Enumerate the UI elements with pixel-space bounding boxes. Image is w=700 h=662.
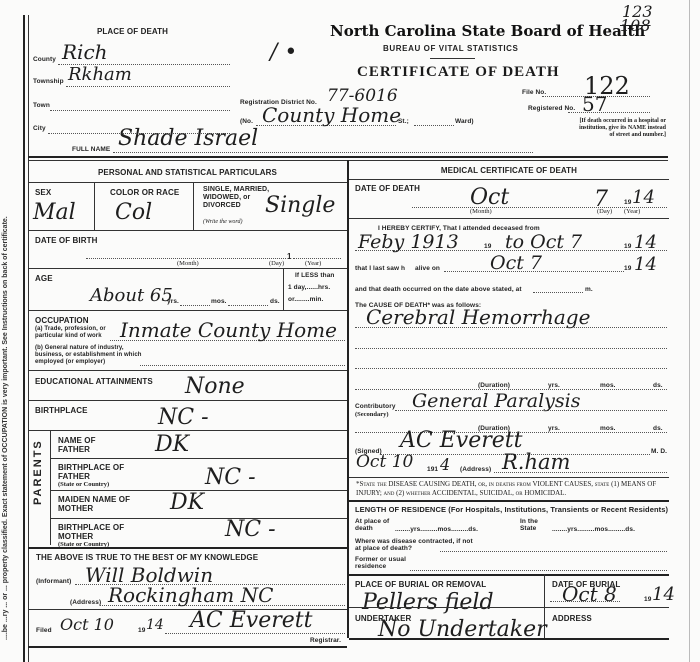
town-field[interactable] <box>50 110 230 111</box>
undertaker-address-label: ADDRESS <box>552 614 592 623</box>
father-birthplace-field[interactable]: NC - <box>205 465 256 490</box>
age-months-field[interactable] <box>180 305 210 306</box>
county-field[interactable]: Rich <box>62 40 108 64</box>
certificate-title: CERTIFICATE OF DEATH <box>357 64 560 81</box>
father-birthplace-label: BIRTHPLACE OF FATHER <box>58 463 138 481</box>
row-line <box>50 458 347 459</box>
occupation-b-label: (b) General nature of industry, business… <box>35 345 145 366</box>
residence-heading: LENGTH OF RESIDENCE (For Hospitals, Inst… <box>355 505 668 514</box>
duration-label-1: (Duration) <box>478 382 510 389</box>
mother-birthplace-label: BIRTHPLACE OF MOTHER <box>58 523 138 541</box>
stray-mark: / • <box>270 40 297 65</box>
disease-contracted-label: Where was disease contracted, if not at … <box>355 538 475 552</box>
birthplace-field[interactable]: NC - <box>158 405 209 430</box>
header-divider <box>430 58 475 59</box>
row-line <box>349 179 669 180</box>
duration-ds-label-2: ds. <box>653 425 663 432</box>
father-birthplace-note: (State or Country) <box>58 481 109 488</box>
attended-year-field[interactable]: 14 <box>634 232 657 253</box>
parents-label: PARENTS <box>32 439 44 505</box>
footnote: *State the DISEASE CAUSING DEATH, or, in… <box>356 480 668 498</box>
age-label: AGE <box>35 274 53 283</box>
attended-year-prefix: 19 <box>624 243 631 250</box>
cause-field[interactable]: Cerebral Hemorrhage <box>366 305 590 329</box>
date-of-death-label: DATE OF DEATH <box>355 184 420 193</box>
township-field[interactable]: Rkham <box>68 64 132 85</box>
dob-year-prefix: 1 <box>287 252 292 261</box>
attended-from-year-prefix: 19 <box>484 243 491 250</box>
registrar-signature[interactable]: AC Everett <box>190 608 312 633</box>
row-line <box>28 430 347 431</box>
marital-field[interactable]: Single <box>265 193 335 218</box>
filed-year-field[interactable]: 14 <box>146 617 164 633</box>
city-label: City <box>33 125 46 132</box>
alive-on-label: alive on <box>415 265 440 272</box>
cell-divider <box>94 182 95 230</box>
mother-name-field[interactable]: DK <box>170 490 204 515</box>
last-saw-year-field[interactable]: 14 <box>634 254 657 275</box>
full-name-field[interactable]: Shade Israel <box>118 126 258 151</box>
registered-no-field[interactable]: 57 <box>582 92 607 116</box>
age-ds-label: ds. <box>270 298 280 305</box>
full-name-label: FULL NAME <box>72 146 110 153</box>
registrar-label: Registrar. <box>310 637 341 644</box>
county-label: County <box>33 56 56 63</box>
personal-heading: PERSONAL AND STATISTICAL PARTICULARS <box>28 168 347 177</box>
left-border-inner <box>28 15 29 662</box>
physician-address-field[interactable]: R.ham <box>502 450 570 474</box>
in-state-fields[interactable]: ........yrs.........mos.........ds. <box>552 526 635 533</box>
race-field[interactable]: Col <box>115 200 152 225</box>
st-label: St.; <box>398 118 409 125</box>
town-label: Town <box>33 102 50 109</box>
death-year-caption: (Year) <box>624 208 640 215</box>
column-divider <box>347 160 349 638</box>
hospital-note: [If death occurred in a hospital or inst… <box>574 118 666 139</box>
secondary-label: (Secondary) <box>355 411 389 418</box>
registered-no-line <box>568 112 650 113</box>
row-line <box>28 400 347 401</box>
burial-label: PLACE OF BURIAL OR REMOVAL <box>355 580 486 589</box>
burial-year-prefix: 19 <box>644 596 651 603</box>
father-name-field[interactable]: DK <box>155 432 189 457</box>
duration-mos-label-2: mos. <box>600 425 616 432</box>
bottom-line <box>28 646 347 648</box>
row-line <box>349 500 669 502</box>
marital-note: (Write the word) <box>203 219 242 225</box>
death-time-text: and that death occurred on the date abov… <box>355 286 522 293</box>
dob-label: DATE OF BIRTH <box>35 236 97 245</box>
last-saw-field[interactable]: Oct 7 <box>490 252 542 274</box>
age-mos-label: mos. <box>211 298 227 305</box>
last-saw-year-prefix: 19 <box>624 265 631 272</box>
education-field[interactable]: None <box>185 374 245 399</box>
ward-field[interactable] <box>414 125 454 126</box>
cause-line-2[interactable] <box>355 348 667 349</box>
age-days-field[interactable] <box>228 305 268 306</box>
marital-label: SINGLE, MARRIED, WIDOWED, or DIVORCED <box>203 186 273 210</box>
cell-divider <box>283 268 284 310</box>
last-saw-label: that I last saw h <box>355 265 405 272</box>
margin-instructions: ....be ...ry ... or ... property classif… <box>2 216 9 640</box>
race-label: COLOR OR RACE <box>110 188 179 197</box>
death-month-field[interactable]: Oct <box>470 185 509 210</box>
disease-contracted-field[interactable] <box>440 551 667 552</box>
full-name-line <box>113 152 533 153</box>
filed-label: Filed <box>36 627 52 634</box>
education-label: EDUCATIONAL ATTAINMENTS <box>35 377 153 386</box>
section-divider <box>28 156 668 158</box>
row-line <box>349 218 669 219</box>
medical-heading: MEDICAL CERTIFICATE OF DEATH <box>349 166 669 175</box>
occupation-a-field[interactable]: Inmate County Home <box>120 318 337 342</box>
registered-no-label: Registered No. <box>528 105 575 112</box>
burial-date-field[interactable]: Oct 8 <box>562 582 617 606</box>
dob-year-caption: (Year) <box>305 260 321 267</box>
one-day-label: 1 day,......hrs. <box>288 284 330 291</box>
occupation-label: OCCUPATION <box>35 316 89 325</box>
duration-ds-label-1: ds. <box>653 382 663 389</box>
age-field[interactable]: About 65 <box>90 285 173 306</box>
contributory-label: Contributory <box>355 403 396 410</box>
in-state-label: In the State <box>520 518 552 532</box>
row-line <box>28 370 347 371</box>
row-line <box>349 477 669 478</box>
true-statement: THE ABOVE IS TRUE TO THE BEST OF MY KNOW… <box>36 553 258 562</box>
at-place-fields[interactable]: ........yrs.........mos.........ds. <box>395 526 478 533</box>
father-name-label: NAME OF FATHER <box>58 436 118 454</box>
death-time-m-label: m. <box>585 286 593 293</box>
sex-field[interactable]: Mal <box>33 200 76 225</box>
burial-field[interactable]: Pellers field <box>362 590 494 615</box>
row-line <box>349 607 669 608</box>
parents-divider <box>50 430 51 545</box>
township-label: Township <box>33 78 64 85</box>
cause-line-1 <box>355 327 667 328</box>
birthplace-label: BIRTHPLACE <box>35 406 88 415</box>
filed-year-prefix: 19 <box>138 627 145 634</box>
row-line <box>50 518 347 519</box>
ward-label: Ward) <box>455 118 474 125</box>
no-label: (No. <box>240 118 253 125</box>
attended-to-field[interactable]: to Oct 7 <box>505 231 582 253</box>
mother-birthplace-field[interactable]: NC - <box>225 517 276 542</box>
informant-address-field[interactable]: Rockingham NC <box>108 583 273 607</box>
death-day-caption: (Day) <box>597 208 612 215</box>
signed-year-field[interactable]: 4 <box>440 455 450 474</box>
death-year-field[interactable]: 14 <box>632 187 655 208</box>
death-month-caption: (Month) <box>470 208 492 215</box>
death-time-field[interactable] <box>533 292 583 293</box>
right-edge <box>689 0 690 662</box>
duration-yrs-label-1: yrs. <box>548 382 560 389</box>
former-residence-label: Former or usual residence <box>355 556 425 570</box>
row-line <box>28 268 347 269</box>
informant-address-label: (Address) <box>70 599 101 606</box>
contributory-line <box>395 410 667 411</box>
file-no-label: File No. <box>522 89 546 96</box>
burial-year-field[interactable]: 14 <box>652 584 675 605</box>
street-number-field[interactable]: County Home <box>262 103 401 127</box>
signed-date-field[interactable]: Oct 10 <box>356 452 413 472</box>
place-of-death-heading: PLACE OF DEATH <box>97 27 168 36</box>
registrar-line <box>165 633 345 634</box>
occupation-b-field[interactable] <box>140 365 345 366</box>
mother-name-label: MAIDEN NAME OF MOTHER <box>58 495 138 513</box>
contributory-field[interactable]: General Paralysis <box>412 390 581 412</box>
corner-number-struck: 108 <box>620 16 651 35</box>
row-line <box>28 230 347 231</box>
sex-label: SEX <box>35 188 51 197</box>
dob-month-field[interactable] <box>86 258 286 259</box>
dob-day-caption: (Day) <box>269 260 284 267</box>
cell-divider <box>193 182 194 230</box>
township-line <box>66 86 230 87</box>
informant-label: (Informant) <box>36 578 71 585</box>
dob-month-caption: (Month) <box>177 260 199 267</box>
cause-line-3[interactable] <box>355 368 667 369</box>
duration-yrs-label-2: yrs. <box>548 425 560 432</box>
less-than-label: If LESS than <box>295 272 334 279</box>
bureau-title: BUREAU OF VITAL STATISTICS <box>383 44 518 53</box>
filed-date-field[interactable]: Oct 10 <box>60 615 114 634</box>
age-yrs-label: yrs. <box>167 298 179 305</box>
left-border <box>23 15 25 662</box>
signed-year-prefix: 191 <box>427 466 438 473</box>
row-line <box>28 182 347 183</box>
row-line <box>349 574 669 576</box>
or-min-label: or........min. <box>288 296 323 303</box>
dob-year-field[interactable] <box>293 258 341 259</box>
former-residence-field[interactable] <box>410 570 667 571</box>
death-year-prefix: 19 <box>624 199 631 206</box>
physician-address-label: (Address) <box>460 466 491 473</box>
row-line <box>28 547 347 549</box>
md-label: M. D. <box>651 448 667 455</box>
row-line <box>28 310 347 311</box>
board-title: North Carolina State Board of Health <box>330 22 645 40</box>
duration-mos-label-1: mos. <box>600 382 616 389</box>
bottom-line <box>349 638 669 640</box>
attended-from-field[interactable]: Feby 1913 <box>358 231 459 253</box>
